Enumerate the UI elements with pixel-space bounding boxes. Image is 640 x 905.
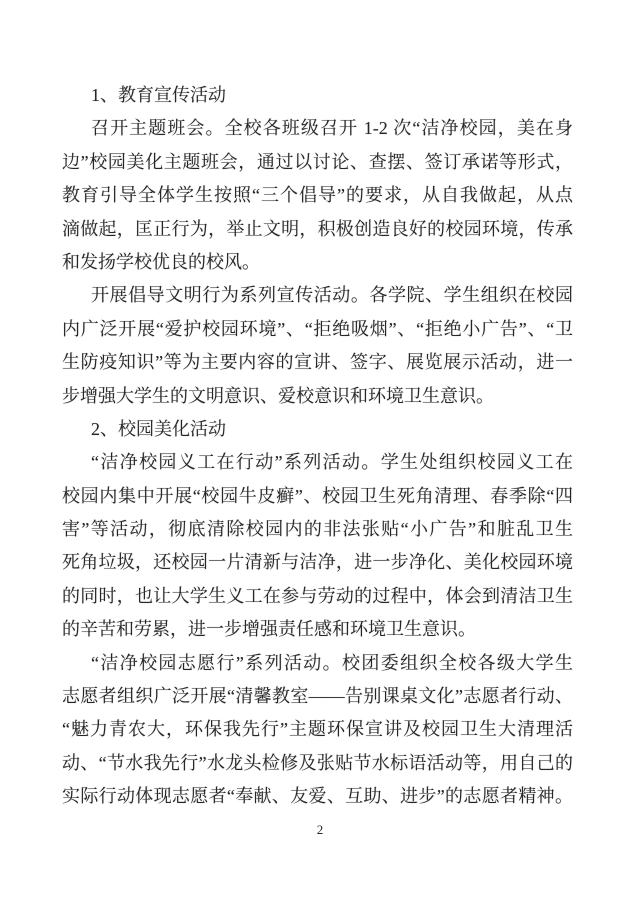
text-line: “洁净校园义工在行动”系列活动。学生处组织校园义工在 <box>62 446 573 479</box>
text-line: 步增强大学生的文明意识、爱校意识和环境卫生意识。 <box>62 380 573 413</box>
page-number: 2 <box>0 822 640 838</box>
text-line: “魅力青农大，环保我先行”主题环保宣讲及校园卫生大清理活 <box>62 713 573 746</box>
text-line: 生防疫知识”等为主要内容的宣讲、签字、展览展示活动，进一 <box>62 346 573 379</box>
text-line: 实际行动体现志愿者“奉献、友爱、互助、进步”的志愿者精神。 <box>62 780 573 813</box>
text-line: 滴做起，匡正行为，举止文明，积极创造良好的校园环境，传承 <box>62 213 573 246</box>
text-line: 召开主题班会。全校各班级召开 1-2 次“洁净校园，美在身 <box>62 112 573 145</box>
text-line: 和发扬学校优良的校风。 <box>62 246 573 279</box>
text-line: 的同时，也让大学生义工在参与劳动的过程中，体会到清洁卫生 <box>62 580 573 613</box>
text-line: 边”校园美化主题班会，通过以讨论、查摆、签订承诺等形式， <box>62 146 573 179</box>
text-line: 动、“节水我先行”水龙头检修及张贴节水标语活动等，用自己的 <box>62 747 573 780</box>
text-line: 死角垃圾，还校园一片清新与洁净，进一步净化、美化校园环境 <box>62 546 573 579</box>
text-line: 2、校园美化活动 <box>62 413 573 446</box>
text-line: 内广泛开展“爱护校园环境”、“拒绝吸烟”、“拒绝小广告”、“卫 <box>62 313 573 346</box>
text-line: 开展倡导文明行为系列宣传活动。各学院、学生组织在校园 <box>62 279 573 312</box>
text-line: 校园内集中开展“校园牛皮癣”、校园卫生死角清理、春季除“四 <box>62 480 573 513</box>
text-line: 的辛苦和劳累，进一步增强责任感和环境卫生意识。 <box>62 613 573 646</box>
document-page: 1、教育宣传活动召开主题班会。全校各班级召开 1-2 次“洁净校园，美在身边”校… <box>0 0 640 905</box>
text-line: 害”等活动，彻底清除校园内的非法张贴“小广告”和脏乱卫生 <box>62 513 573 546</box>
text-line: “洁净校园志愿行”系列活动。校团委组织全校各级大学生 <box>62 647 573 680</box>
text-line: 教育引导全体学生按照“三个倡导”的要求，从自我做起，从点 <box>62 179 573 212</box>
text-line: 志愿者组织广泛开展“清馨教室——告别课桌文化”志愿者行动、 <box>62 680 573 713</box>
text-line: 1、教育宣传活动 <box>62 79 573 112</box>
text-block: 1、教育宣传活动召开主题班会。全校各班级召开 1-2 次“洁净校园，美在身边”校… <box>62 79 573 814</box>
